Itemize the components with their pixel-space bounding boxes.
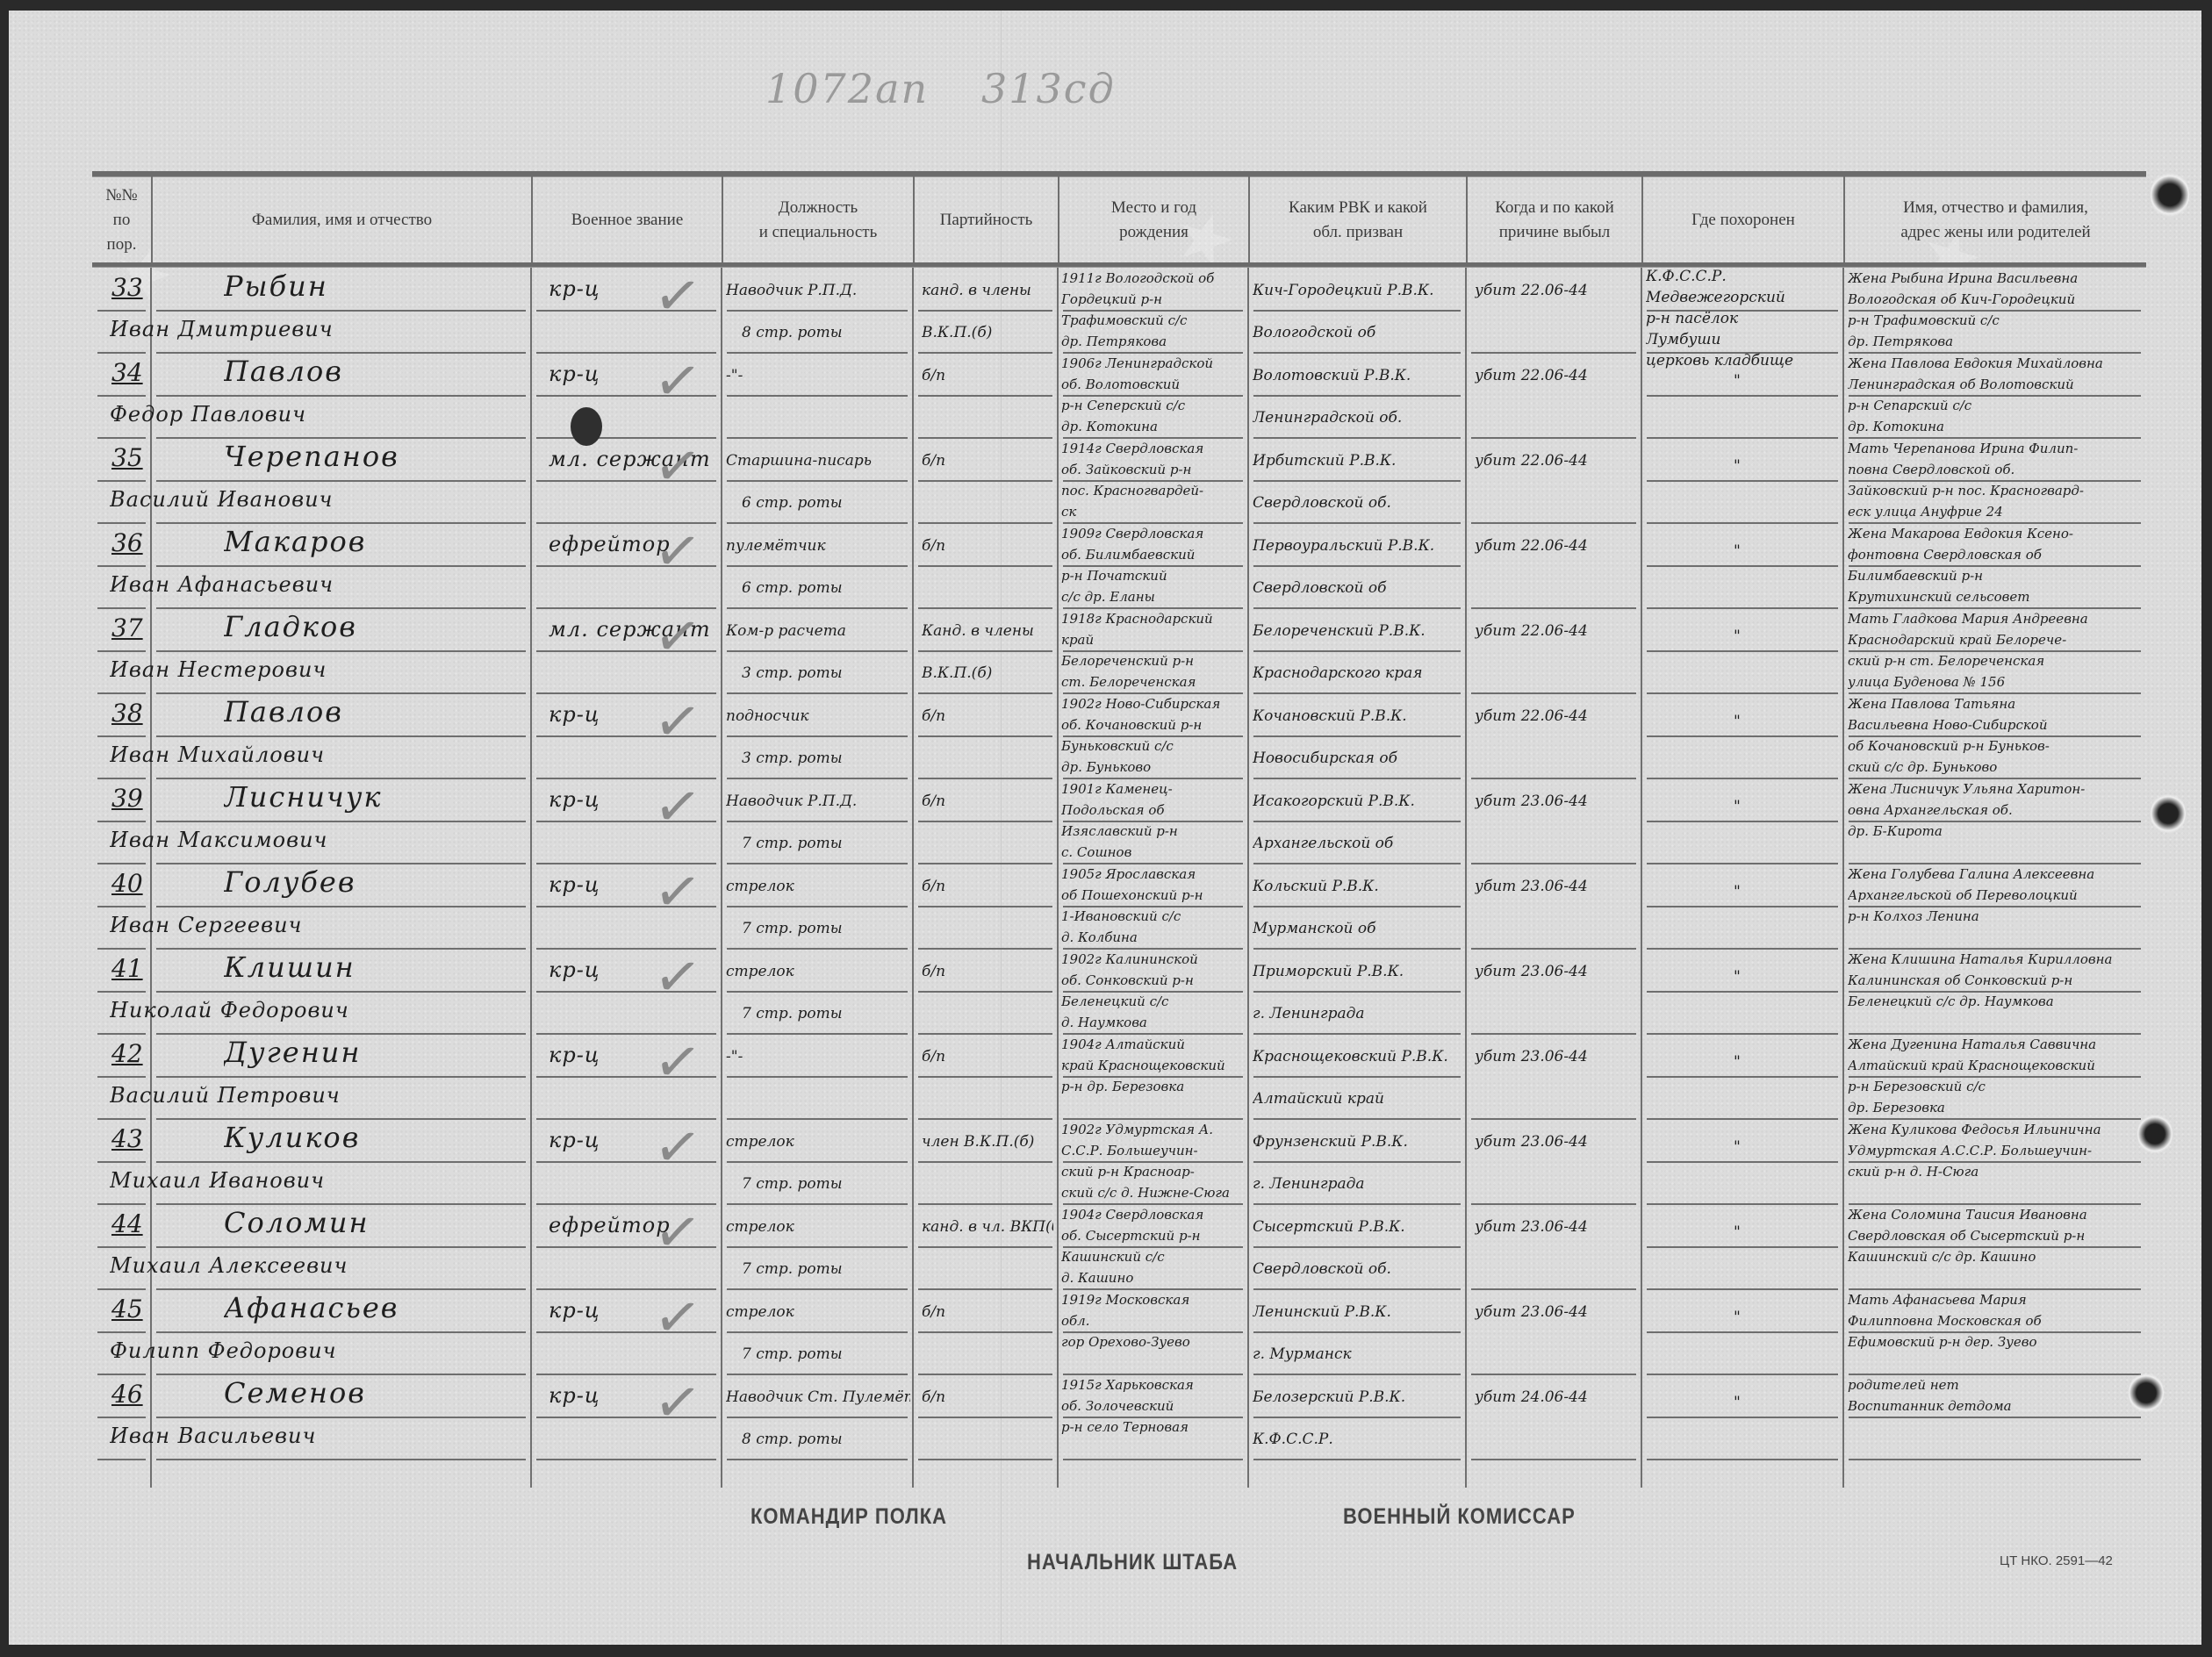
row-rule [727,437,908,439]
row-rule [918,1076,1052,1078]
birth-place-line: ский с/с д. Нижне-Сюга [1061,1182,1246,1203]
row-rule [918,522,1052,524]
rvk-line: Кочановский Р.В.К. [1253,706,1463,727]
birth-place-line: 1-Ивановский с/с [1061,906,1246,927]
row-rule [97,863,146,864]
given-name-patronymic: Филипп Федорович [110,1338,337,1363]
family-address-line: Калининская об Сонковский р-н [1848,970,2142,991]
row-rule [918,1288,1052,1290]
row-rule [1253,650,1461,652]
family-address-line: Свердловская об Сысертский р-н [1848,1225,2142,1246]
row-rule [1647,650,1838,652]
birth-place-line: край Краснощековский [1061,1055,1246,1076]
party-line: Канд. в члены [922,620,1053,642]
row-rule [1253,1161,1461,1163]
row-rule [727,1246,908,1248]
row-rule [918,692,1052,694]
row-rule [1647,906,1838,907]
row-rule [97,395,146,397]
row-rule [1253,522,1461,524]
row-rule [1253,480,1461,482]
row-rule [97,565,146,567]
row-rule [1253,821,1461,822]
birth-place-line: с/с др. Еланы [1061,586,1246,607]
row-rule [156,906,526,907]
row-rule [156,1246,526,1248]
position-line: 7 стр. роты [742,1003,908,1024]
birth-place-line: 1902г Ново-Сибирская [1061,693,1246,714]
row-rule [727,1076,908,1078]
row-rule [156,991,526,993]
birth-place-line: 1902г Удмуртская А. [1061,1119,1246,1140]
position-line: 8 стр. роты [742,1429,908,1450]
row-rule [156,437,526,439]
row-rule [1647,607,1838,609]
rvk-line: Волотовский Р.В.К. [1253,365,1463,386]
row-rule [1253,1288,1461,1290]
row-rule [97,1288,146,1290]
record-number: 43 [111,1124,143,1153]
header-col-family: Имя, отчество и фамилия, адрес жены или … [1843,176,2146,264]
record-number: 42 [111,1039,143,1068]
header-col-position: Должность и специальность [722,176,913,264]
surname: Черепанов [224,440,399,473]
table-row: 33РыбинИван Дмитриевичкр-цНаводчик Р.П.Д… [92,269,2146,355]
row-rule [727,735,908,737]
birth-place-line: ский р-н Красноар- [1061,1161,1246,1182]
row-rule [1647,1076,1838,1078]
pencil-check-icon: ✓ [650,432,705,503]
row-rule [1471,1374,1636,1375]
birth-place-line: ск [1061,501,1246,522]
row-rule [918,1118,1052,1120]
row-rule [918,735,1052,737]
row-rule [727,948,908,950]
birth-place-line: об. Зайковский р-н [1061,459,1246,480]
row-rule [1647,692,1838,694]
row-rule [1253,1459,1461,1460]
row-rule [1253,1246,1461,1248]
birth-place-line: р-н др. Березовка [1061,1076,1246,1097]
table-row: 43КуликовМихаил Ивановичкр-цстрелок7 стр… [92,1121,2146,1206]
row-rule [727,310,908,312]
pencil-check-icon: ✓ [650,943,705,1014]
row-rule [918,948,1052,950]
position-line: 7 стр. роты [742,918,908,939]
family-address-line: Мать Гладкова Мария Андреевна [1848,608,2142,629]
party-line: б/п [922,535,1053,556]
birth-place-line: Белореченский р-н [1061,650,1246,671]
position-line: стрелок [726,1216,910,1237]
row-rule [1471,692,1636,694]
family-address-line: ский р-н ст. Белореченская [1848,650,2142,671]
row-rule [536,1459,716,1460]
row-rule [1253,1033,1461,1035]
row-rule [97,1246,146,1248]
row-rule [1471,1203,1636,1205]
family-address-line: Жена Павлова Татьяна [1848,693,2142,714]
family-address-line: Архангельской об Переволоцкий [1848,885,2142,906]
row-rule [1063,1459,1243,1460]
family-address-line: Жена Куликова Федосья Ильинична [1848,1119,2142,1140]
row-rule [97,906,146,907]
row-rule [156,1459,526,1460]
row-rule [97,1331,146,1333]
party-line: б/п [922,1387,1053,1408]
given-name-patronymic: Иван Михайлович [110,742,325,767]
birth-place-line: 1904г Свердловская [1061,1204,1246,1225]
rvk-line: Ленинградской об. [1253,407,1463,428]
given-name-patronymic: Иван Максимович [110,828,327,852]
row-rule [1471,352,1636,354]
row-rule [1647,821,1838,822]
rvk-line: Краснощековский Р.В.К. [1253,1046,1463,1067]
rvk-line: Вологодской об [1253,322,1463,343]
pencil-check-icon: ✓ [650,1368,705,1439]
row-rule [156,821,526,822]
pencil-check-icon: ✓ [650,602,705,673]
family-address-line: Васильевна Ново-Сибирской [1848,714,2142,735]
rvk-line: Свердловской об [1253,577,1463,599]
birth-place-line: др. Петрякова [1061,331,1246,352]
punch-hole [2129,1371,2164,1415]
party-line: б/п [922,961,1053,982]
family-address-line: Филипповна Московская об [1848,1310,2142,1331]
row-rule [727,395,908,397]
family-address-line: Билимбаевский р-н [1848,565,2142,586]
position-line: 6 стр. роты [742,577,908,599]
row-rule [1647,1288,1838,1290]
row-rule [727,821,908,822]
row-rule [156,1161,526,1163]
row-rule [1253,1374,1461,1375]
birth-place-line: Трафимовский с/с [1061,310,1246,331]
header-col-number: №№ по пор. [92,176,151,264]
row-rule [156,395,526,397]
record-number: 40 [111,869,143,898]
row-rule [1849,1459,2141,1460]
punch-hole [2151,170,2189,219]
row-rule [97,650,146,652]
record-number: 39 [111,784,143,813]
header-col-rvk: Каким РВК и какой обл. призван [1248,176,1466,264]
row-rule [727,1331,908,1333]
pencil-check-icon: ✓ [650,1283,705,1354]
family-address-line: Зайковский р-н пос. Красногвард- [1848,480,2142,501]
punch-hole [2137,1112,2172,1156]
record-number: 46 [111,1380,143,1409]
pencil-check-icon: ✓ [650,687,705,758]
reason-of-loss: убит 22.06-44 [1475,620,1637,642]
row-rule [918,1374,1052,1375]
header-col-burial: Где похоронен [1641,176,1843,264]
row-rule [918,906,1052,907]
family-address-line: Жена Рыбина Ирина Васильевна [1848,268,2142,289]
row-rule [1253,565,1461,567]
party-line: б/п [922,876,1053,897]
row-rule [97,821,146,822]
table-row: 44СоломинМихаил Алексеевичефрейторстрело… [92,1206,2146,1291]
family-address-line: р-н Сепарский с/с [1848,395,2142,416]
row-rule [156,480,526,482]
header-col-reason: Когда и по какой причине выбыл [1466,176,1641,264]
rvk-line: г. Ленинграда [1253,1003,1463,1024]
reason-of-loss: убит 23.06-44 [1475,791,1637,812]
row-rule [1647,565,1838,567]
birth-place-line: 1918г Краснодарский [1061,608,1246,629]
table-row: 38ПавловИван Михайловичкр-цподносчик3 ст… [92,695,2146,780]
row-rule [97,735,146,737]
row-rule [918,650,1052,652]
family-address-line: Мать Афанасьева Мария [1848,1289,2142,1310]
pencil-check-icon: ✓ [650,1028,705,1099]
birth-place-line: р-н село Терновая [1061,1417,1246,1438]
row-rule [156,1118,526,1120]
birth-place-line: гор Орехово-Зуево [1061,1331,1246,1352]
given-name-patronymic: Иван Васильевич [110,1424,316,1448]
row-rule [918,352,1052,354]
surname: Лисничук [224,780,383,814]
row-rule [1471,1459,1636,1460]
commander-signature-label: КОМАНДИР ПОЛКА [750,1503,947,1530]
row-rule [97,1417,146,1418]
position-line: 6 стр. роты [742,492,908,513]
row-rule [918,395,1052,397]
position-line: подносчик [726,706,910,727]
row-rule [97,522,146,524]
row-rule [727,906,908,907]
surname: Дугенин [224,1036,361,1069]
row-rule [1647,1033,1838,1035]
row-rule [156,310,526,312]
row-rule [1471,863,1636,864]
row-rule [1253,906,1461,907]
burial-place-line: р-н пасёлок [1646,308,1839,329]
family-address-line: др. Березовка [1848,1097,2142,1118]
family-address-line: Жена Клишина Наталья Кирилловна [1848,949,2142,970]
reason-of-loss: убит 22.06-44 [1475,280,1637,301]
row-rule [97,1459,146,1460]
table-row: 46СеменовИван Васильевичкр-цНаводчик Ст.… [92,1376,2146,1461]
birth-place-line: 1901г Каменец- [1061,778,1246,800]
birth-place-line: об. Кочановский р-н [1061,714,1246,735]
row-rule [156,352,526,354]
row-rule [156,863,526,864]
birth-place-line: об. Золочевский [1061,1395,1246,1417]
row-rule [727,565,908,567]
row-rule [1647,395,1838,397]
family-address-line: Жена Соломина Таисия Ивановна [1848,1204,2142,1225]
position-line: Наводчик Р.П.Д. [726,791,910,812]
row-rule [1647,735,1838,737]
position-line: 7 стр. роты [742,1173,908,1194]
row-rule [918,1161,1052,1163]
family-address-line: Вологодская об Кич-Городецкий [1848,289,2142,310]
family-address-line: повна Свердловской об. [1848,459,2142,480]
birth-place-line: ст. Белореченская [1061,671,1246,692]
given-name-patronymic: Василий Петрович [110,1083,341,1108]
row-rule [1253,437,1461,439]
rvk-line: Сысертский Р.В.К. [1253,1216,1463,1237]
row-rule [918,1203,1052,1205]
reason-of-loss: убит 22.06-44 [1475,535,1637,556]
family-address-line: р-н Трафимовский с/с [1848,310,2142,331]
row-rule [727,863,908,864]
family-address-line: Мать Черепанова Ирина Филип- [1848,438,2142,459]
row-rule [727,991,908,993]
reason-of-loss: убит 24.06-44 [1475,1387,1637,1408]
position-line: 3 стр. роты [742,663,908,684]
rvk-line: Кич-Городецкий Р.В.К. [1253,280,1463,301]
row-rule [727,1161,908,1163]
row-rule [727,607,908,609]
row-rule [727,1417,908,1418]
row-rule [1647,1161,1838,1163]
family-address-line: Жена Голубева Галина Алексеевна [1848,864,2142,885]
reason-of-loss: убит 23.06-44 [1475,961,1637,982]
row-rule [1253,1417,1461,1418]
surname: Павлов [224,695,343,728]
row-rule [727,352,908,354]
rvk-line: Фрунзенский Р.В.К. [1253,1131,1463,1152]
row-rule [1471,1288,1636,1290]
birth-place-line: с. Сошнов [1061,842,1246,863]
birth-place-line: Гордецкий р-н [1061,289,1246,310]
row-rule [727,1459,908,1460]
family-address-line: Воспитанник детдома [1848,1395,2142,1417]
birth-place-line: р-н Сеперский с/с [1061,395,1246,416]
row-rule [727,778,908,779]
row-rule [727,480,908,482]
surname: Макаров [224,525,366,558]
row-rule [156,948,526,950]
row-rule [918,480,1052,482]
pencil-check-icon: ✓ [650,1113,705,1184]
row-rule [97,1033,146,1035]
family-address-line: Жена Лисничук Ульяна Харитон- [1848,778,2142,800]
birth-place-line: край [1061,629,1246,650]
record-number: 44 [111,1209,143,1238]
table-row: 34ПавловФедор Павловичкр-ц-"-б/п1906г Ле… [92,355,2146,440]
surname: Голубев [224,865,355,899]
row-rule [156,778,526,779]
row-rule [156,650,526,652]
party-line: канд. в чл. ВКП(б) [922,1216,1053,1237]
row-rule [97,480,146,482]
row-rule [1647,1331,1838,1333]
row-rule [97,692,146,694]
row-rule [1647,948,1838,950]
row-rule [1471,778,1636,779]
birth-place-line: Изяславский р-н [1061,821,1246,842]
given-name-patronymic: Михаил Алексеевич [110,1253,348,1278]
position-line: пулемётчик [726,535,910,556]
table-header: №№ по пор.Фамилия, имя и отчествоВоенное… [92,176,2146,264]
family-address-line: ский р-н д. Н-Сюга [1848,1161,2142,1182]
record-number: 41 [111,954,143,983]
row-rule [1471,1118,1636,1120]
pencil-check-icon: ✓ [650,772,705,843]
pencil-check-icon: ✓ [650,517,705,588]
table-row: 36МакаровИван Афанасьевичефрейторпулемёт… [92,525,2146,610]
row-rule [156,1203,526,1205]
family-address-line: Краснодарский край Белорече- [1848,629,2142,650]
row-rule [1647,1374,1838,1375]
row-rule [1647,1118,1838,1120]
birth-place-line: пос. Красногвардей- [1061,480,1246,501]
commissar-signature-label: ВОЕННЫЙ КОМИССАР [1343,1503,1576,1530]
pencil-check-icon: ✓ [650,262,705,333]
party-line: В.К.П.(б) [922,663,1053,684]
record-number: 35 [111,443,143,472]
unit-annotation-division: 313сд [981,65,1116,112]
table-row: 45АфанасьевФилипп Федоровичкр-цстрелок7 … [92,1291,2146,1376]
party-line: б/п [922,791,1053,812]
party-line: б/п [922,365,1053,386]
birth-place-line: об. Сонковский р-н [1061,970,1246,991]
position-line: стрелок [726,961,910,982]
reason-of-loss: убит 23.06-44 [1475,1216,1637,1237]
rvk-line: Новосибирская об [1253,748,1463,769]
position-line: стрелок [726,1302,910,1323]
table-row: 42ДугенинВасилий Петровичкр-ц-"-б/п1904г… [92,1036,2146,1121]
row-rule [156,1076,526,1078]
row-rule [1253,607,1461,609]
position-line: 7 стр. роты [742,833,908,854]
chief-of-staff-signature-label: НАЧАЛЬНИК ШТАБА [1027,1549,1238,1575]
rvk-line: Первоуральский Р.В.К. [1253,535,1463,556]
party-line: б/п [922,1302,1053,1323]
birth-place-line: д. Наумкова [1061,1012,1246,1033]
row-rule [156,1331,526,1333]
row-rule [918,565,1052,567]
row-rule [1471,948,1636,950]
record-number: 45 [111,1295,143,1323]
rvk-line: Приморский Р.В.К. [1253,961,1463,982]
row-rule [97,1161,146,1163]
row-rule [97,1203,146,1205]
birth-place-line: 1902г Калининской [1061,949,1246,970]
family-address-line: об Кочановский р-н Буньков- [1848,735,2142,757]
record-number: 38 [111,699,143,728]
family-address-line: др. Котокина [1848,416,2142,437]
pencil-check-icon: ✓ [650,857,705,929]
reason-of-loss: убит 22.06-44 [1475,706,1637,727]
row-rule [1471,1033,1636,1035]
family-address-line: овна Архангельская об. [1848,800,2142,821]
surname: Куликов [224,1121,360,1154]
given-name-patronymic: Федор Павлович [110,402,306,427]
reason-of-loss: убит 23.06-44 [1475,1131,1637,1152]
position-line: стрелок [726,876,910,897]
punch-hole [2151,792,2186,836]
row-rule [156,692,526,694]
row-rule [727,1033,908,1035]
rvk-line: Ленинский Р.В.К. [1253,1302,1463,1323]
burial-place-line: Медвежегорский [1646,287,1839,308]
birth-place-line: 1905г Ярославская [1061,864,1246,885]
row-rule [1253,395,1461,397]
row-rule [1253,991,1461,993]
birth-place-line: обл. [1061,1310,1246,1331]
family-address-line: р-н Березовский с/с [1848,1076,2142,1097]
row-rule [1647,1203,1838,1205]
position-line: Наводчик Ст. Пулемёта [726,1387,910,1408]
burial-place-line: К.Ф.С.С.Р. [1646,266,1839,287]
family-address-line: Крутихинский сельсовет [1848,586,2142,607]
row-rule [727,1203,908,1205]
rvk-line: Мурманской об [1253,918,1463,939]
